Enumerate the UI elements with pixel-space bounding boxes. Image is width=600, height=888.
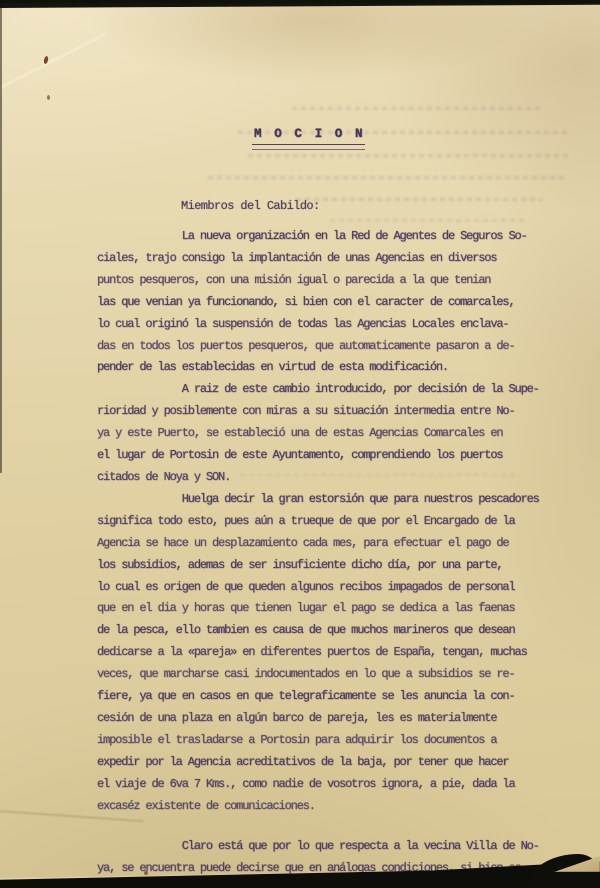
text-line: excaséz existente de comunicaciones. <box>97 796 567 818</box>
text-line: ciales, trajo consigo la implantación de… <box>97 248 567 270</box>
text-line: Agencia se hace un desplazamiento cada m… <box>97 533 567 555</box>
bleed-through-line <box>208 176 564 179</box>
text-line: de la pesca, ello tambien es causa de qu… <box>97 620 567 642</box>
title-underline <box>252 144 365 150</box>
paragraph: A raiz de este cambio introducido, por d… <box>97 379 567 489</box>
page-left-edge <box>0 3 2 473</box>
text-line: veces, que marcharse casi indocumentados… <box>97 664 567 686</box>
text-line: pender de las establecidas en virtud de … <box>97 357 567 379</box>
text-line: cesión de una plaza en algún barco de pa… <box>97 708 567 730</box>
document-page: M O C I O N Miembros del Cabildo: La nue… <box>0 3 600 888</box>
text-line: significa todo esto, pues aún a trueque … <box>97 511 567 533</box>
text-line: los subsidios, ademas de ser insuficient… <box>97 555 567 577</box>
text-line: el lugar de Portosin de este Ayuntamento… <box>97 445 567 467</box>
text-line: Claro está que por lo que respecta a la … <box>97 836 567 858</box>
document-title: M O C I O N <box>254 127 365 141</box>
text-line: A raiz de este cambio introducido, por d… <box>97 379 567 401</box>
text-line: el viaje de 6va 7 Kms., como nadie de vo… <box>97 774 567 796</box>
text-line: ya y este Puerto, se estableció una de e… <box>97 423 567 445</box>
text-line: las que venian ya funcionando, si bien c… <box>97 292 567 314</box>
text-line: rioridad y posiblemente con miras a su s… <box>97 401 567 423</box>
document-body: La nueva organización en la Red de Agent… <box>97 226 567 880</box>
text-line: Huelga decir la gran estorsión que para … <box>97 489 567 511</box>
text-line: La nueva organización en la Red de Agent… <box>97 226 567 248</box>
text-line: imposible el trasladarse a Portosin para… <box>97 730 567 752</box>
text-line: lo cual es origen de que queden algunos … <box>97 577 567 599</box>
paragraph: Huelga decir la gran estorsión que para … <box>97 489 567 818</box>
text-line: dedicarse a la «pareja» en diferentes pu… <box>97 642 567 664</box>
ink-stain-speck <box>47 95 50 100</box>
text-line: citados de Noya y SON. <box>97 467 567 489</box>
text-line: que en el dia y horas que tienen lugar e… <box>97 598 567 620</box>
bleed-through-line <box>330 219 526 222</box>
text-line: puntos pesqueros, con una misión igual o… <box>97 270 567 292</box>
text-line: lo cual originó la suspensión de todas l… <box>97 314 567 336</box>
bleed-through-line <box>248 154 570 157</box>
page-top-edge <box>0 3 600 8</box>
bleed-through-line <box>296 198 542 201</box>
text-line: das en todos los puertos pesqueros, que … <box>97 336 567 358</box>
bleed-through-line <box>292 107 542 110</box>
salutation: Miembros del Cabildo: <box>181 199 320 213</box>
paper-crease <box>0 33 107 92</box>
paragraph: La nueva organización en la Red de Agent… <box>97 226 567 379</box>
text-line: expedir por la Agencia acreditativos de … <box>97 752 567 774</box>
text-line: fiere, ya que en casos en que telegrafic… <box>97 686 567 708</box>
